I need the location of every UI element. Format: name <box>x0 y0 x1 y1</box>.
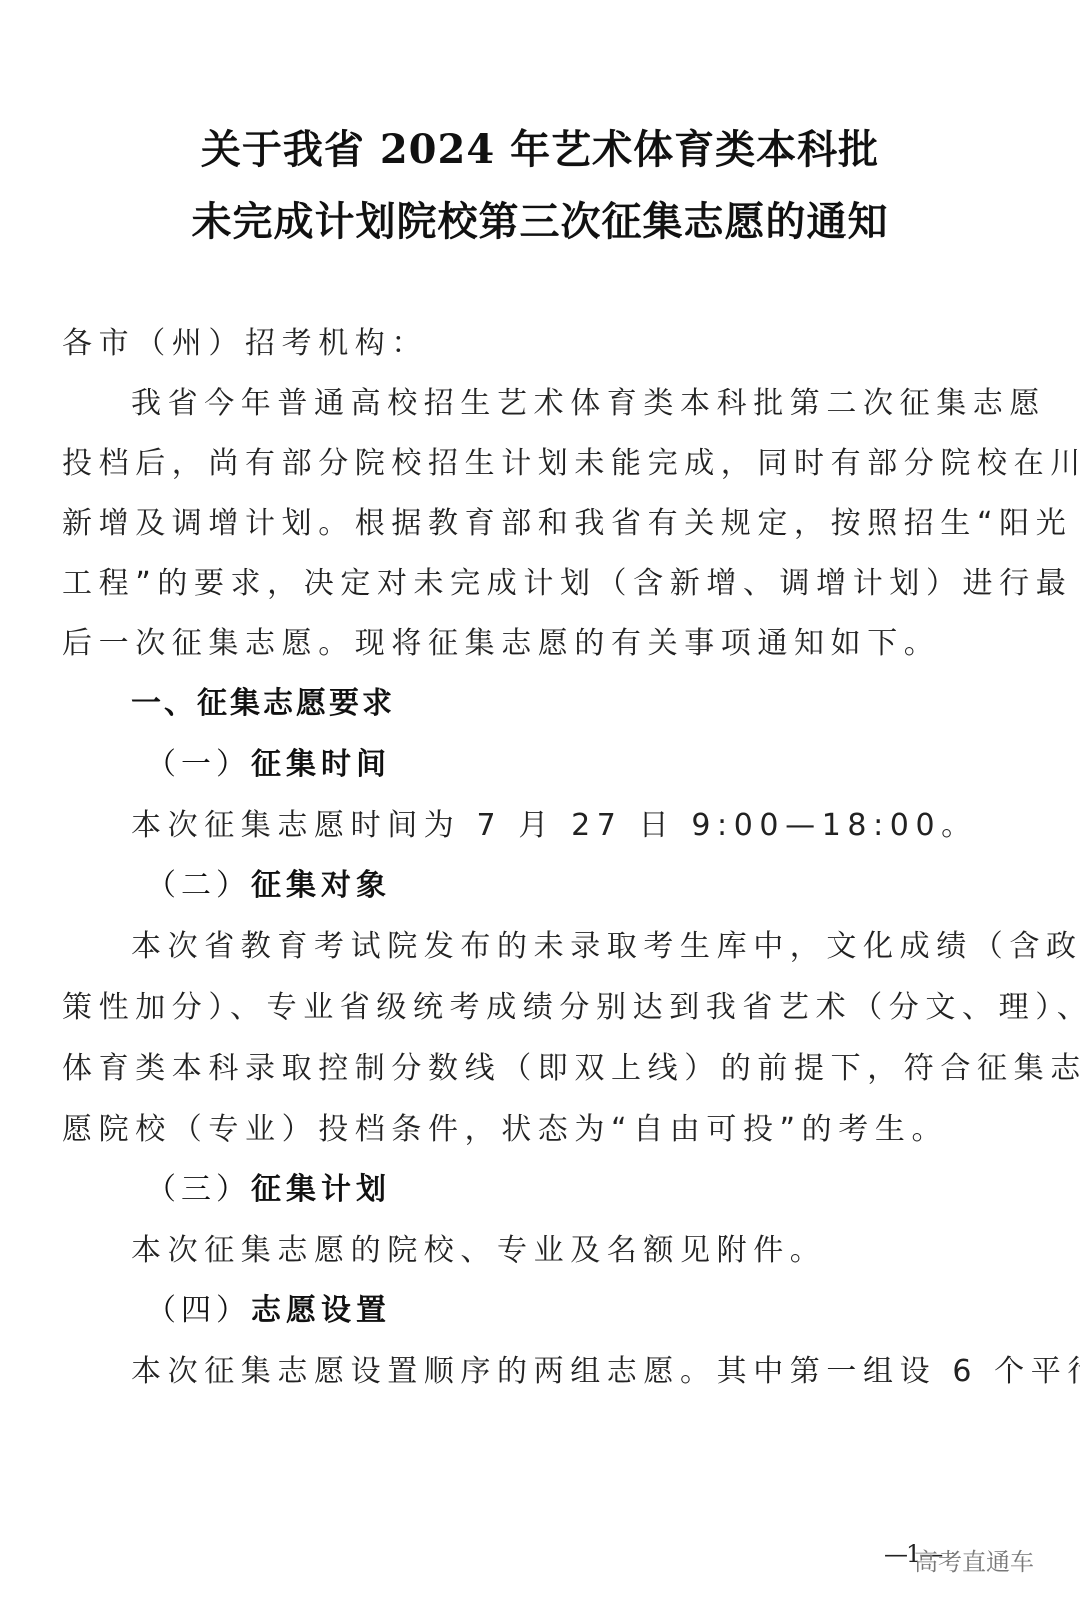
document-title-line-1: 关于我省 2024 年艺术体育类本科批 <box>0 118 1080 175</box>
intro-line-4: 工程”的要求，决定对未完成计划（含新增、调增计划）进行最 <box>62 564 1072 604</box>
subsection-label: 征集计划 <box>251 1172 391 1207</box>
subsection-label: 征集时间 <box>251 747 391 782</box>
document-page: 关于我省 2024 年艺术体育类本科批 未完成计划院校第三次征集志愿的通知 各市… <box>0 0 1080 1617</box>
subsection-label: 志愿设置 <box>251 1293 391 1328</box>
subsection-label: 征集对象 <box>251 868 391 903</box>
subsection-heading-4: （四）志愿设置 <box>146 1291 391 1331</box>
subsection-2-line-2: 策性加分）、专业省级统考成绩分别达到我省艺术（分文、理）、 <box>62 988 1080 1028</box>
subsection-number: （二） <box>146 868 251 903</box>
subsection-number: （四） <box>146 1293 251 1328</box>
subsection-heading-2: （二）征集对象 <box>146 866 391 906</box>
section-heading: 一、征集志愿要求 <box>131 684 395 724</box>
subsection-3-line-1: 本次征集志愿的院校、专业及名额见附件。 <box>131 1231 826 1271</box>
subsection-1-line-1: 本次征集志愿时间为 7 月 27 日 9:00—18:00。 <box>131 806 978 846</box>
subsection-4-line-1: 本次征集志愿设置顺序的两组志愿。其中第一组设 6 个平行 <box>131 1352 1080 1392</box>
subsection-heading-3: （三）征集计划 <box>146 1170 391 1210</box>
intro-line-3: 新增及调增计划。根据教育部和我省有关规定，按照招生“阳光 <box>62 504 1072 544</box>
intro-line-1: 我省今年普通高校招生艺术体育类本科批第二次征集志愿 <box>131 384 1046 424</box>
watermark: 高考直通车 <box>914 1542 1034 1577</box>
document-title-line-2: 未完成计划院校第三次征集志愿的通知 <box>0 190 1080 247</box>
intro-line-5: 后一次征集志愿。现将征集志愿的有关事项通知如下。 <box>62 624 940 664</box>
subsection-2-line-4: 愿院校（专业）投档条件，状态为“自由可投”的考生。 <box>62 1110 948 1150</box>
subsection-2-line-1: 本次省教育考试院发布的未录取考生库中，文化成绩（含政 <box>131 927 1080 967</box>
subsection-heading-1: （一）征集时间 <box>146 745 391 785</box>
salutation: 各市（州）招考机构： <box>62 324 428 364</box>
intro-line-2: 投档后，尚有部分院校招生计划未能完成，同时有部分院校在川 <box>62 444 1080 484</box>
subsection-number: （一） <box>146 747 251 782</box>
subsection-number: （三） <box>146 1172 251 1207</box>
subsection-2-line-3: 体育类本科录取控制分数线（即双上线）的前提下，符合征集志 <box>62 1049 1080 1089</box>
